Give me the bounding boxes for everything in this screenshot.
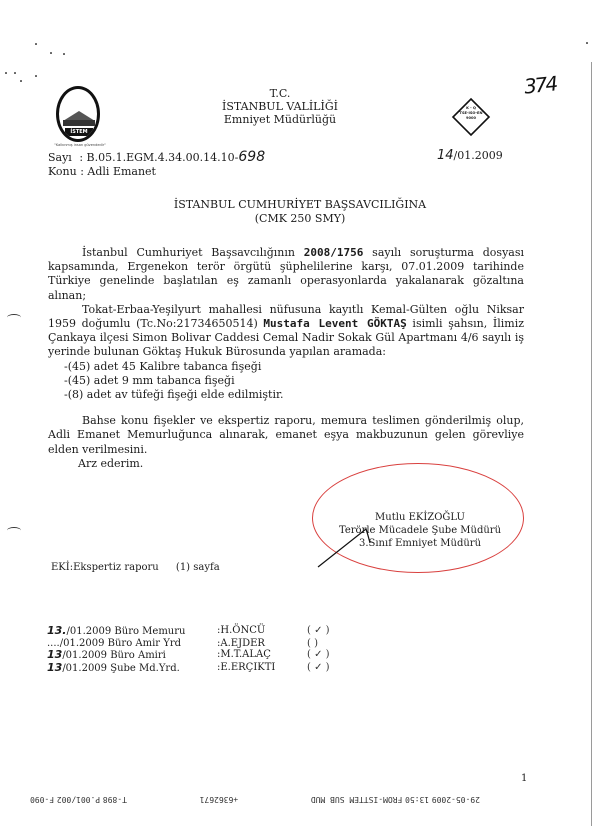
routing-name: :M.T.ALAÇ [217,649,307,662]
routing-role: /01.2009 Şube Md.Yrd. [62,663,179,674]
sayi-value: : B.05.1.EGM.4.34.00.14.10- [79,151,238,164]
letter-body: İstanbul Cumhuriyet Başsavcılığının 2008… [48,246,524,471]
letterhead-tc: T.C. [180,87,380,100]
paragraph-1: İstanbul Cumhuriyet Başsavcılığının 2008… [48,246,524,303]
logo-motto: "Kalkınmış insan güvendedir" [50,143,110,147]
scan-speck [35,75,37,77]
attachment-label: EKİ:Ekspertiz raporu [51,562,159,573]
routing-paraf: ( ✓ ) [307,649,357,662]
routing-day: 13 [47,648,62,661]
konu-label: Konu [48,165,77,178]
scan-speck [5,72,7,74]
routing-row: 13./01.2009 Büro Memuru :H.ÖNCÜ ( ✓ ) [47,625,357,638]
attachment-line: EKİ:Ekspertiz raporu (1) sayfa [51,562,220,573]
file-number: 2008/1756 [304,246,364,259]
routing-table: 13./01.2009 Büro Memuru :H.ÖNCÜ ( ✓ ) ..… [47,625,357,674]
fax-time: 13:50 [405,795,429,804]
seized-item: -(45) adet 9 mm tabanca fişeği [48,374,524,388]
suspect-name: Mustafa Levent GÖKTAŞ [263,317,406,330]
addressee: İSTANBUL CUMHURİYET BAŞSAVCILIĞINA (CMK … [150,198,450,226]
sayi-handwritten: 698 [238,149,265,165]
letterhead-department: Emniyet Müdürlüğü [180,113,380,126]
scan-speck [14,72,16,74]
paragraph-2: Tokat-Erbaa-Yeşilyurt mahallesi nüfusuna… [48,303,524,360]
fax-date: 29-05-2009 [432,795,480,804]
konu-value: : Adli Emanet [80,165,156,178]
seized-item: -(8) adet av tüfeği fişeği elde edilmişt… [48,388,524,402]
page-number: 1 [521,773,527,784]
p1-text: İstanbul Cumhuriyet Başsavcılığının [82,246,304,259]
routing-day: 13 [47,661,62,674]
signatory-rank: 3.Sınıf Emniyet Müdürü [320,537,520,550]
konu-row: Konu : Adli Emanet [48,165,265,179]
routing-role: /01.2009 Büro Memuru [67,626,186,637]
skyline-icon [63,120,95,126]
routing-name: :H.ÖNCÜ [217,625,307,638]
seized-item: -(45) adet 45 Kalibre tabanca fişeği [48,360,524,374]
date-handwritten-day: 14 [437,148,454,163]
document-meta: Sayı : B.05.1.EGM.4.34.00.14.10-698 Konu… [48,150,265,179]
page-edge [591,62,592,826]
scan-speck [20,80,22,82]
routing-paraf: ( ✓ ) [307,662,357,675]
routing-name: :E.ERÇIKTI [217,662,307,675]
routing-row: 13/01.2009 Şube Md.Yrd. :E.ERÇIKTI ( ✓ ) [47,662,357,675]
signatory-block: Mutlu EKİZOĞLU Terörle Mücadele Şube Müd… [320,511,520,550]
logo-label: İSTEM [65,128,93,136]
document-date: 14/01.2009 [437,148,503,163]
signatory-title: Terörle Mücadele Şube Müdürü [320,524,520,537]
routing-paraf: ( ) [307,638,357,650]
fax-f: F-090 [30,795,54,804]
scan-speck [50,52,52,54]
handwritten-page-number: 374 [523,71,558,98]
routing-day: .... [47,638,60,649]
fax-from: FROM-ISTTEM SUB MUD [311,795,403,804]
signatory-name: Mutlu EKİZOĞLU [320,511,520,524]
routing-name: :A.EJDER [217,638,307,650]
scan-speck [586,42,588,44]
sayi-row: Sayı : B.05.1.EGM.4.34.00.14.10-698 [48,150,265,165]
fax-t: T-898 [103,795,127,804]
punch-hole-mark [7,527,21,534]
addressee-line2: (CMK 250 SMY) [150,212,450,226]
sayi-label: Sayı [48,151,72,164]
fax-header-upside-down: 29-05-2009 13:50 FROM-ISTTEM SUB MUD +63… [30,795,480,804]
routing-row: 13/01.2009 Büro Amiri :M.T.ALAÇ ( ✓ ) [47,649,357,662]
letterhead: T.C. İSTANBUL VALİLİĞİ Emniyet Müdürlüğü [180,87,380,126]
attachment-pages: (1) sayfa [176,562,220,573]
punch-hole-mark [7,314,21,321]
routing-role: /01.2009 Büro Amiri [62,650,166,661]
scan-speck [63,53,65,55]
addressee-line1: İSTANBUL CUMHURİYET BAŞSAVCILIĞINA [150,198,450,212]
routing-role: /01.2009 Büro Amir Yrd [60,638,181,649]
letterhead-governorship: İSTANBUL VALİLİĞİ [180,100,380,113]
paragraph-3: Bahse konu fişekler ve ekspertiz raporu,… [48,414,524,457]
iso-badge-text: K - Q TSE-ISO-EN 9000 [451,106,491,121]
date-rest: /01.2009 [454,149,503,162]
fax-number: +6362671 [200,795,239,804]
fax-page: P.001/002 [57,795,100,804]
routing-paraf: ( ✓ ) [307,625,357,638]
iso-line: 9000 [451,116,491,121]
routing-row: ..../01.2009 Büro Amir Yrd :A.EJDER ( ) [47,638,357,650]
scan-speck [35,43,37,45]
istanbul-police-logo: İSTEM [56,86,100,142]
routing-day: 13. [47,624,67,637]
